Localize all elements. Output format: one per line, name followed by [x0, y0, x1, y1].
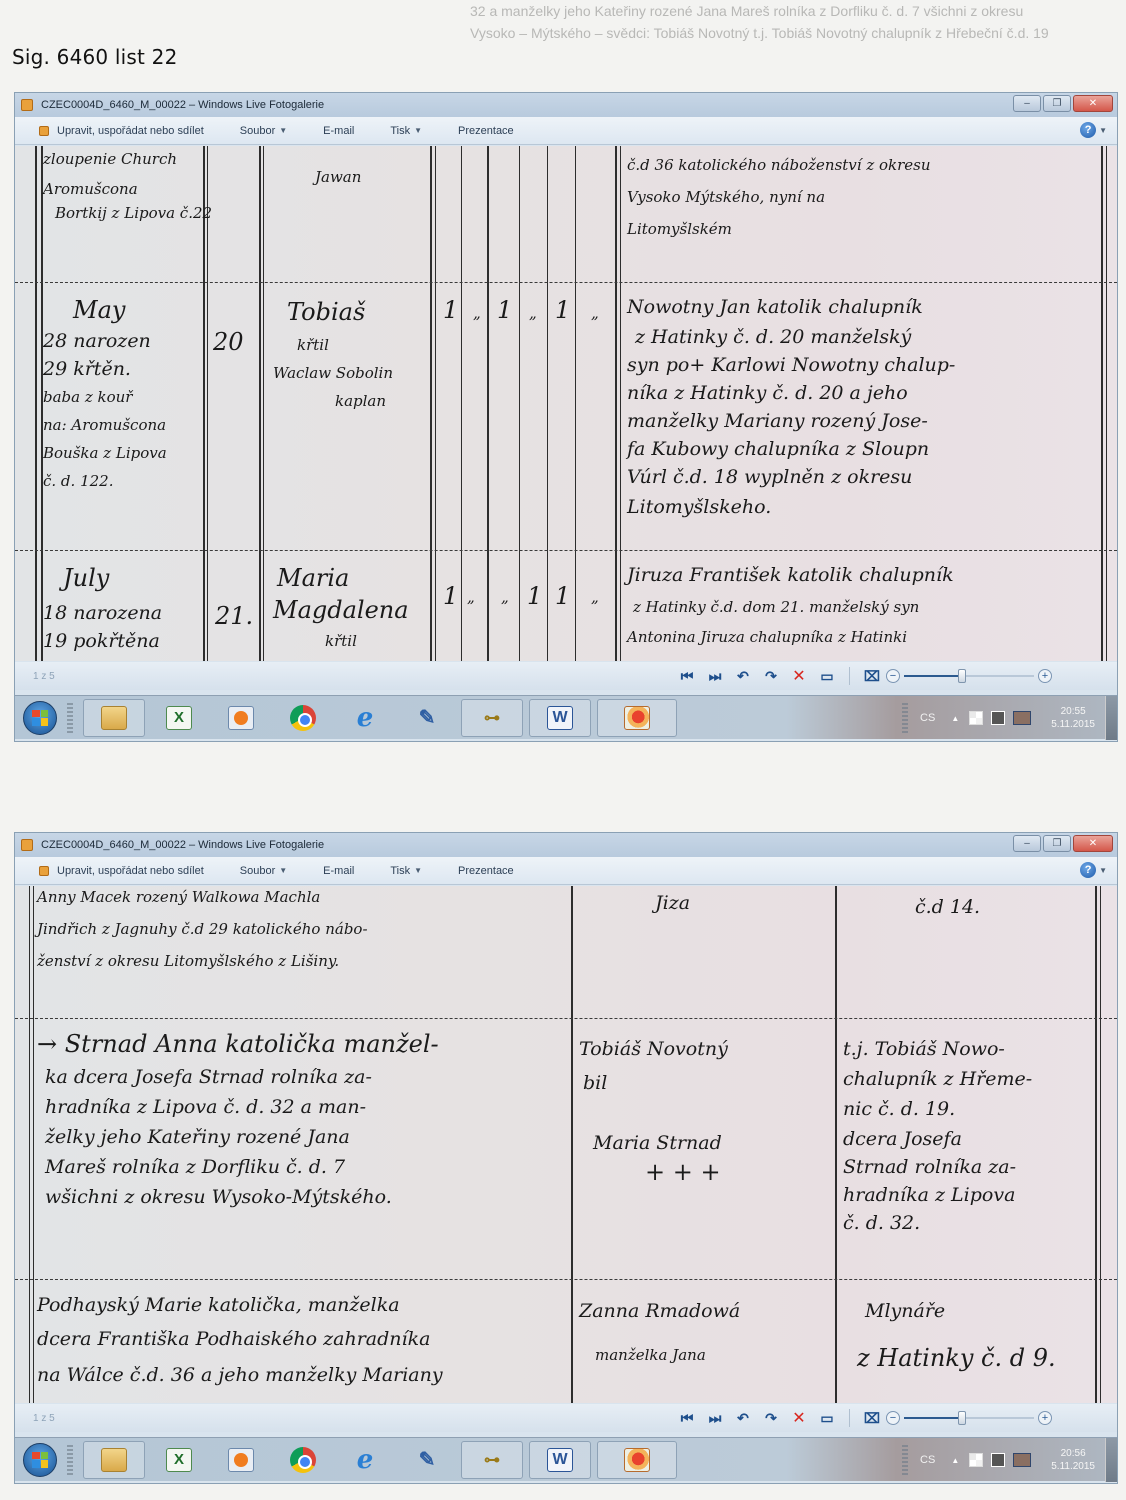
entry-number: 20 — [213, 328, 244, 356]
menu-file[interactable]: Soubor▼ — [240, 125, 287, 137]
slider-thumb[interactable] — [958, 1411, 966, 1425]
previous-icon[interactable]: ⏮ — [673, 1408, 701, 1428]
taskbar-chrome[interactable] — [275, 1441, 331, 1479]
bleed-through-text: 32 a manželky jeho Kateřiny rozené Jana … — [470, 0, 1126, 44]
title-bar[interactable]: CZEC0004D_6460_M_00022 – Windows Live Fo… — [15, 833, 1117, 857]
entry-date: č. d. 122. — [43, 472, 113, 490]
entry-name: Tobiaš — [287, 298, 365, 326]
chevron-down-icon: ▼ — [1099, 126, 1107, 135]
page-counter: 1 z 5 — [33, 671, 55, 682]
divider — [849, 667, 850, 685]
entry-notes: želky jeho Kateřiny rozené Jana — [45, 1126, 350, 1148]
start-button[interactable] — [23, 701, 57, 735]
taskbar-photo-gallery[interactable] — [597, 699, 677, 737]
menu-bar: Upravit, uspořádat nebo sdílet Soubor▼ E… — [15, 117, 1117, 145]
menu-print[interactable]: Tisk▼ — [390, 865, 422, 877]
parish-register-image: Anny Macek rozený Walkowa Machla Jindřic… — [15, 886, 1117, 1403]
entry-date: 19 pokřtěna — [43, 630, 160, 652]
entry-notes: ka dcera Josefa Strnad rolníka za- — [45, 1066, 372, 1088]
menu-file[interactable]: Soubor▼ — [240, 865, 287, 877]
show-hidden-icons[interactable]: ▲ — [951, 714, 959, 723]
entry-mark: 1 — [527, 582, 542, 610]
zoom-slider[interactable] — [904, 1411, 1034, 1425]
column-rule — [547, 146, 548, 661]
entry-godparents: Tobiáš Novotný — [579, 1038, 728, 1060]
entry-date: 28 narozen — [43, 330, 151, 352]
language-indicator[interactable]: CS — [920, 1454, 935, 1466]
image-viewer[interactable]: Anny Macek rozený Walkowa Machla Jindřic… — [15, 886, 1117, 1403]
photo-gallery-window-1: CZEC0004D_6460_M_00022 – Windows Live Fo… — [14, 92, 1118, 742]
clock-time: 20:55 — [1051, 705, 1095, 718]
row-rule — [15, 282, 1117, 283]
rotate-right-icon[interactable]: ↷ — [757, 666, 785, 686]
column-rule — [615, 146, 617, 661]
entry-notes: manželky Mariany rozený Jose- — [627, 410, 928, 432]
entry-witnesses: č.d 14. — [915, 896, 980, 918]
window-title: CZEC0004D_6460_M_00022 – Windows Live Fo… — [41, 839, 324, 851]
minimize-button[interactable]: – — [1013, 835, 1041, 852]
action-center-icon[interactable] — [969, 1453, 983, 1467]
media-player-icon — [228, 706, 254, 730]
entry-mark: 1 — [443, 582, 458, 610]
folder-icon — [101, 1448, 127, 1472]
slider-fill — [904, 1417, 962, 1419]
entry-godparents: Zanna Rmadowá — [579, 1300, 740, 1322]
entry-mark: „ — [473, 304, 481, 322]
power-icon[interactable] — [991, 711, 1005, 725]
entry-notes: wšichni z okresu Wysoko-Mýtského. — [45, 1186, 392, 1208]
actual-size-icon[interactable]: ⌧ — [858, 1408, 886, 1428]
column-rule — [430, 146, 432, 661]
entry-witnesses: Mlynáře — [865, 1300, 945, 1322]
entry-name: křtil — [325, 632, 357, 650]
excel-icon: X — [166, 1448, 192, 1472]
chevron-down-icon: ▼ — [279, 866, 287, 875]
clock[interactable]: 20:55 5.11.2015 — [1051, 705, 1095, 731]
status-bar: 1 z 5 ⏮ ⏭ ↶ ↷ ✕ ▭ ⌧ − + — [15, 1404, 1117, 1432]
entry-notes: syn po+ Karlowi Nowotny chalup- — [627, 354, 955, 376]
menu-slideshow[interactable]: Prezentace — [458, 865, 514, 877]
bleed-line: 32 a manželky jeho Kateřiny rozené Jana … — [470, 0, 1126, 22]
column-rule — [203, 146, 205, 661]
chevron-down-icon: ▼ — [1099, 866, 1107, 875]
zoom-slider[interactable] — [904, 669, 1034, 683]
tool-icon: ✎ — [414, 1448, 440, 1472]
start-button[interactable] — [23, 1443, 57, 1477]
delete-icon[interactable]: ✕ — [785, 666, 813, 686]
entry-notes: Mareš rolníka z Dorfliku č. d. 7 — [45, 1156, 345, 1178]
taskbar-org-chart[interactable]: ⊶ — [461, 1441, 523, 1479]
entry-notes: fa Kubowy chalupníka z Sloupn — [627, 438, 929, 460]
column-rule — [620, 146, 621, 661]
entry-mark: „ — [467, 588, 475, 606]
entry-mark: „ — [529, 304, 537, 322]
taskbar-word[interactable]: W — [529, 1441, 591, 1479]
entry-date: zloupenie Church — [43, 150, 177, 168]
maximize-button[interactable]: ❐ — [1043, 835, 1071, 852]
app-icon — [21, 839, 33, 851]
chevron-down-icon: ▼ — [414, 126, 422, 135]
entry-notes: níka z Hatinky č. d. 20 a jeho — [627, 382, 908, 404]
entry-witnesses: Strnad rolníka za- — [843, 1156, 1016, 1178]
entry-mark: 1 — [555, 296, 570, 324]
scanned-page: 32 a manželky jeho Kateřiny rozené Jana … — [0, 0, 1126, 1500]
entry-notes: → Strnad Anna katolička manžel- — [37, 1030, 439, 1058]
entry-date: 18 narozena — [43, 602, 162, 624]
taskbar-photo-gallery[interactable] — [597, 1441, 677, 1479]
entry-name: Maria — [277, 564, 349, 592]
taskbar-grip[interactable] — [67, 1445, 73, 1475]
divider — [849, 1409, 850, 1427]
entry-notes: ženství z okresu Litomyšlského z Lišiny. — [37, 952, 339, 970]
entry-mark: 1 — [497, 296, 512, 324]
row-rule — [15, 1018, 1117, 1019]
windows-logo-icon — [32, 1452, 48, 1468]
taskbar-org-chart[interactable]: ⊶ — [461, 699, 523, 737]
show-hidden-icons[interactable]: ▲ — [951, 1456, 959, 1465]
signature-label: Sig. 6460 list 22 — [12, 45, 178, 69]
taskbar-explorer[interactable] — [83, 699, 145, 737]
entry-name: Magdalena — [273, 596, 409, 624]
taskbar-tool[interactable]: ✎ — [399, 699, 455, 737]
clock-date: 5.11.2015 — [1051, 718, 1095, 731]
taskbar-explorer[interactable] — [83, 1441, 145, 1479]
photo-gallery-icon — [624, 706, 650, 730]
taskbar-ie[interactable]: e — [337, 699, 393, 737]
close-button[interactable]: ✕ — [1073, 95, 1113, 112]
taskbar-chrome[interactable] — [275, 699, 331, 737]
column-rule — [207, 146, 208, 661]
entry-notes: Jindřich z Jagnuhy č.d 29 katolického ná… — [37, 920, 368, 938]
organize-icon — [39, 126, 49, 136]
power-icon[interactable] — [991, 1453, 1005, 1467]
entry-date: Bouška z Lipova — [43, 444, 167, 462]
display-icon[interactable] — [1013, 1453, 1031, 1467]
menu-slideshow[interactable]: Prezentace — [458, 125, 514, 137]
menu-bar: Upravit, uspořádat nebo sdílet Soubor▼ E… — [15, 857, 1117, 885]
entry-name: Jawan — [315, 168, 361, 186]
entry-notes: Vysoko Mýtského, nyní na — [627, 188, 825, 206]
viewer-controls: ⏮ ⏭ ↶ ↷ ✕ ▭ ⌧ − + — [673, 1408, 1052, 1428]
entry-godparents: + + + — [645, 1158, 721, 1186]
clock-time: 20:56 — [1051, 1447, 1095, 1460]
taskbar-grip[interactable] — [67, 703, 73, 733]
system-tray: CS ▲ 20:55 5.11.2015 — [892, 696, 1117, 740]
entry-godparents: Maria Strnad — [593, 1132, 722, 1154]
zoom-out-button[interactable]: − — [886, 669, 900, 683]
entry-notes: Vúrl č.d. 18 wyplněn z okresu — [627, 466, 912, 488]
organize-icon — [39, 866, 49, 876]
column-rule — [33, 886, 34, 1403]
column-rule — [1101, 146, 1103, 661]
entry-notes: z Hatinky č. d. 20 manželský — [635, 326, 911, 348]
parish-register-image: zloupenie Church Aromušcona Bortkij z Li… — [15, 146, 1117, 661]
column-rule — [487, 146, 489, 661]
org-chart-icon: ⊶ — [479, 1448, 505, 1472]
help-button[interactable]: ?▼ — [1080, 862, 1107, 878]
entry-notes: z Hatinky č.d. dom 21. manželský syn — [633, 598, 919, 616]
entry-mark: 1 — [555, 582, 570, 610]
help-icon: ? — [1080, 862, 1096, 878]
column-rule — [435, 146, 436, 661]
entry-date: Bortkij z Lipova č.22 — [55, 204, 212, 222]
menu-organize[interactable]: Upravit, uspořádat nebo sdílet — [39, 125, 204, 137]
zoom-in-button[interactable]: + — [1038, 669, 1052, 683]
taskbar-media-player[interactable] — [213, 699, 269, 737]
language-indicator[interactable]: CS — [920, 712, 935, 724]
rotate-left-icon[interactable]: ↶ — [729, 666, 757, 686]
word-icon: W — [547, 706, 573, 730]
rotate-right-icon[interactable]: ↷ — [757, 1408, 785, 1428]
previous-icon[interactable]: ⏮ — [673, 666, 701, 686]
excel-icon: X — [166, 706, 192, 730]
tool-icon: ✎ — [414, 706, 440, 730]
entry-mark: 1 — [443, 296, 458, 324]
bleed-line: Vysoko – Mýtského – svědci: Tobiáš Novot… — [470, 22, 1126, 44]
column-rule — [461, 146, 462, 661]
system-tray: CS ▲ 20:56 5.11.2015 — [892, 1438, 1117, 1482]
next-icon[interactable]: ⏭ — [701, 666, 729, 686]
row-rule — [15, 1279, 1117, 1280]
slider-fill — [904, 675, 962, 677]
entry-notes: hradníka z Lipova č. d. 32 a man- — [45, 1096, 366, 1118]
zoom-in-button[interactable]: + — [1038, 1411, 1052, 1425]
window-controls: – ❐ ✕ — [1013, 95, 1113, 112]
entry-witnesses: z Hatinky č. d 9. — [857, 1344, 1056, 1372]
taskbar: X e ✎ ⊶ W CS ▲ 20:56 5.11.2015 — [15, 1437, 1117, 1481]
column-rule — [35, 146, 37, 661]
column-rule — [575, 146, 576, 661]
zoom-out-button[interactable]: − — [886, 1411, 900, 1425]
rotate-left-icon[interactable]: ↶ — [729, 1408, 757, 1428]
entry-witnesses: chalupník z Hřeme- — [843, 1068, 1032, 1090]
show-desktop-button[interactable] — [1105, 696, 1117, 740]
minimize-button[interactable]: – — [1013, 95, 1041, 112]
entry-date: baba z kouř — [43, 388, 132, 406]
org-chart-icon: ⊶ — [479, 706, 505, 730]
delete-icon[interactable]: ✕ — [785, 1408, 813, 1428]
row-rule — [15, 550, 1117, 551]
help-button[interactable]: ?▼ — [1080, 122, 1107, 138]
image-viewer[interactable]: zloupenie Church Aromušcona Bortkij z Li… — [15, 146, 1117, 661]
entry-date: Aromušcona — [43, 180, 138, 198]
menu-print[interactable]: Tisk▼ — [390, 125, 422, 137]
entry-godparents: Jiza — [655, 892, 690, 914]
media-player-icon — [228, 1448, 254, 1472]
entry-number: 21. — [215, 602, 253, 630]
entry-name: křtil — [297, 336, 329, 354]
column-rule — [835, 886, 837, 1403]
column-rule — [1106, 146, 1107, 661]
entry-mark: „ — [501, 588, 509, 606]
slider-thumb[interactable] — [958, 669, 966, 683]
clock[interactable]: 20:56 5.11.2015 — [1051, 1447, 1095, 1473]
menu-email[interactable]: E-mail — [323, 125, 354, 137]
taskbar-ie[interactable]: e — [337, 1441, 393, 1479]
show-desktop-button[interactable] — [1105, 1438, 1117, 1482]
column-rule — [519, 146, 520, 661]
entry-notes: č.d 36 katolického náboženství z okresu — [627, 156, 931, 174]
entry-godparents: bil — [583, 1072, 607, 1094]
entry-witnesses: č. d. 32. — [843, 1212, 920, 1234]
entry-date: 29 křtěn. — [43, 358, 131, 380]
entry-date: July — [63, 564, 109, 592]
internet-explorer-icon: e — [352, 1448, 378, 1472]
chevron-down-icon: ▼ — [279, 126, 287, 135]
taskbar: X e ✎ ⊶ W CS ▲ 20:55 5.11.2015 — [15, 695, 1117, 739]
page-counter: 1 z 5 — [33, 1413, 55, 1424]
entry-witnesses: t.j. Tobiáš Nowo- — [843, 1038, 1005, 1060]
help-icon: ? — [1080, 122, 1096, 138]
menu-email[interactable]: E-mail — [323, 865, 354, 877]
photo-gallery-window-2: CZEC0004D_6460_M_00022 – Windows Live Fo… — [14, 832, 1118, 1484]
entry-notes: Litomyšlském — [627, 220, 732, 238]
taskbar-word[interactable]: W — [529, 699, 591, 737]
slideshow-icon[interactable]: ▭ — [813, 1408, 841, 1428]
windows-logo-icon — [32, 710, 48, 726]
entry-notes: Podhayský Marie katolička, manželka — [37, 1294, 400, 1316]
entry-date: na: Aromušcona — [43, 416, 166, 434]
word-icon: W — [547, 1448, 573, 1472]
chrome-icon — [290, 705, 316, 731]
display-icon[interactable] — [1013, 711, 1031, 725]
menu-organize[interactable]: Upravit, uspořádat nebo sdílet — [39, 865, 204, 877]
action-center-icon[interactable] — [969, 711, 983, 725]
window-title: CZEC0004D_6460_M_00022 – Windows Live Fo… — [41, 99, 324, 111]
entry-notes: Jiruza František katolik chalupník — [627, 564, 954, 586]
column-rule — [571, 886, 573, 1403]
taskbar-excel[interactable]: X — [151, 1441, 207, 1479]
tray-grip — [902, 1445, 908, 1475]
window-controls: – ❐ ✕ — [1013, 835, 1113, 852]
entry-name: kaplan — [335, 392, 386, 410]
chevron-down-icon: ▼ — [414, 866, 422, 875]
taskbar-media-player[interactable] — [213, 1441, 269, 1479]
entry-mark: „ — [591, 304, 599, 322]
clock-date: 5.11.2015 — [1051, 1460, 1095, 1473]
entry-witnesses: nic č. d. 19. — [843, 1098, 955, 1120]
entry-notes: Antonina Jiruza chalupníka z Hatinki — [627, 628, 907, 646]
actual-size-icon[interactable]: ⌧ — [858, 666, 886, 686]
entry-date: May — [73, 296, 125, 324]
maximize-button[interactable]: ❐ — [1043, 95, 1071, 112]
slideshow-icon[interactable]: ▭ — [813, 666, 841, 686]
close-button[interactable]: ✕ — [1073, 835, 1113, 852]
entry-name: Waclaw Sobolin — [273, 364, 393, 382]
entry-notes: Litomyšlskeho. — [627, 496, 771, 518]
folder-icon — [101, 706, 127, 730]
viewer-controls: ⏮ ⏭ ↶ ↷ ✕ ▭ ⌧ − + — [673, 666, 1052, 686]
next-icon[interactable]: ⏭ — [701, 1408, 729, 1428]
entry-notes: Anny Macek rozený Walkowa Machla — [37, 888, 320, 906]
taskbar-tool[interactable]: ✎ — [399, 1441, 455, 1479]
chrome-icon — [290, 1447, 316, 1473]
column-rule — [259, 146, 261, 661]
app-icon — [21, 99, 33, 111]
column-rule — [1100, 886, 1101, 1403]
column-rule — [29, 886, 30, 1403]
tray-grip — [902, 703, 908, 733]
entry-witnesses: dcera Josefa — [843, 1128, 962, 1150]
status-bar: 1 z 5 ⏮ ⏭ ↶ ↷ ✕ ▭ ⌧ − + — [15, 662, 1117, 690]
column-rule — [1095, 886, 1097, 1403]
photo-gallery-icon — [624, 1448, 650, 1472]
entry-witnesses: hradníka z Lipova — [843, 1184, 1015, 1206]
entry-mark: „ — [591, 588, 599, 606]
entry-notes: dcera Františka Podhaiského zahradníka — [37, 1328, 430, 1350]
entry-godparents: manželka Jana — [595, 1346, 706, 1364]
entry-notes: na Wálce č.d. 36 a jeho manželky Mariany — [37, 1364, 443, 1386]
taskbar-excel[interactable]: X — [151, 699, 207, 737]
column-rule — [263, 146, 264, 661]
entry-notes: Nowotny Jan katolik chalupník — [627, 296, 923, 318]
internet-explorer-icon: e — [352, 706, 378, 730]
title-bar[interactable]: CZEC0004D_6460_M_00022 – Windows Live Fo… — [15, 93, 1117, 117]
